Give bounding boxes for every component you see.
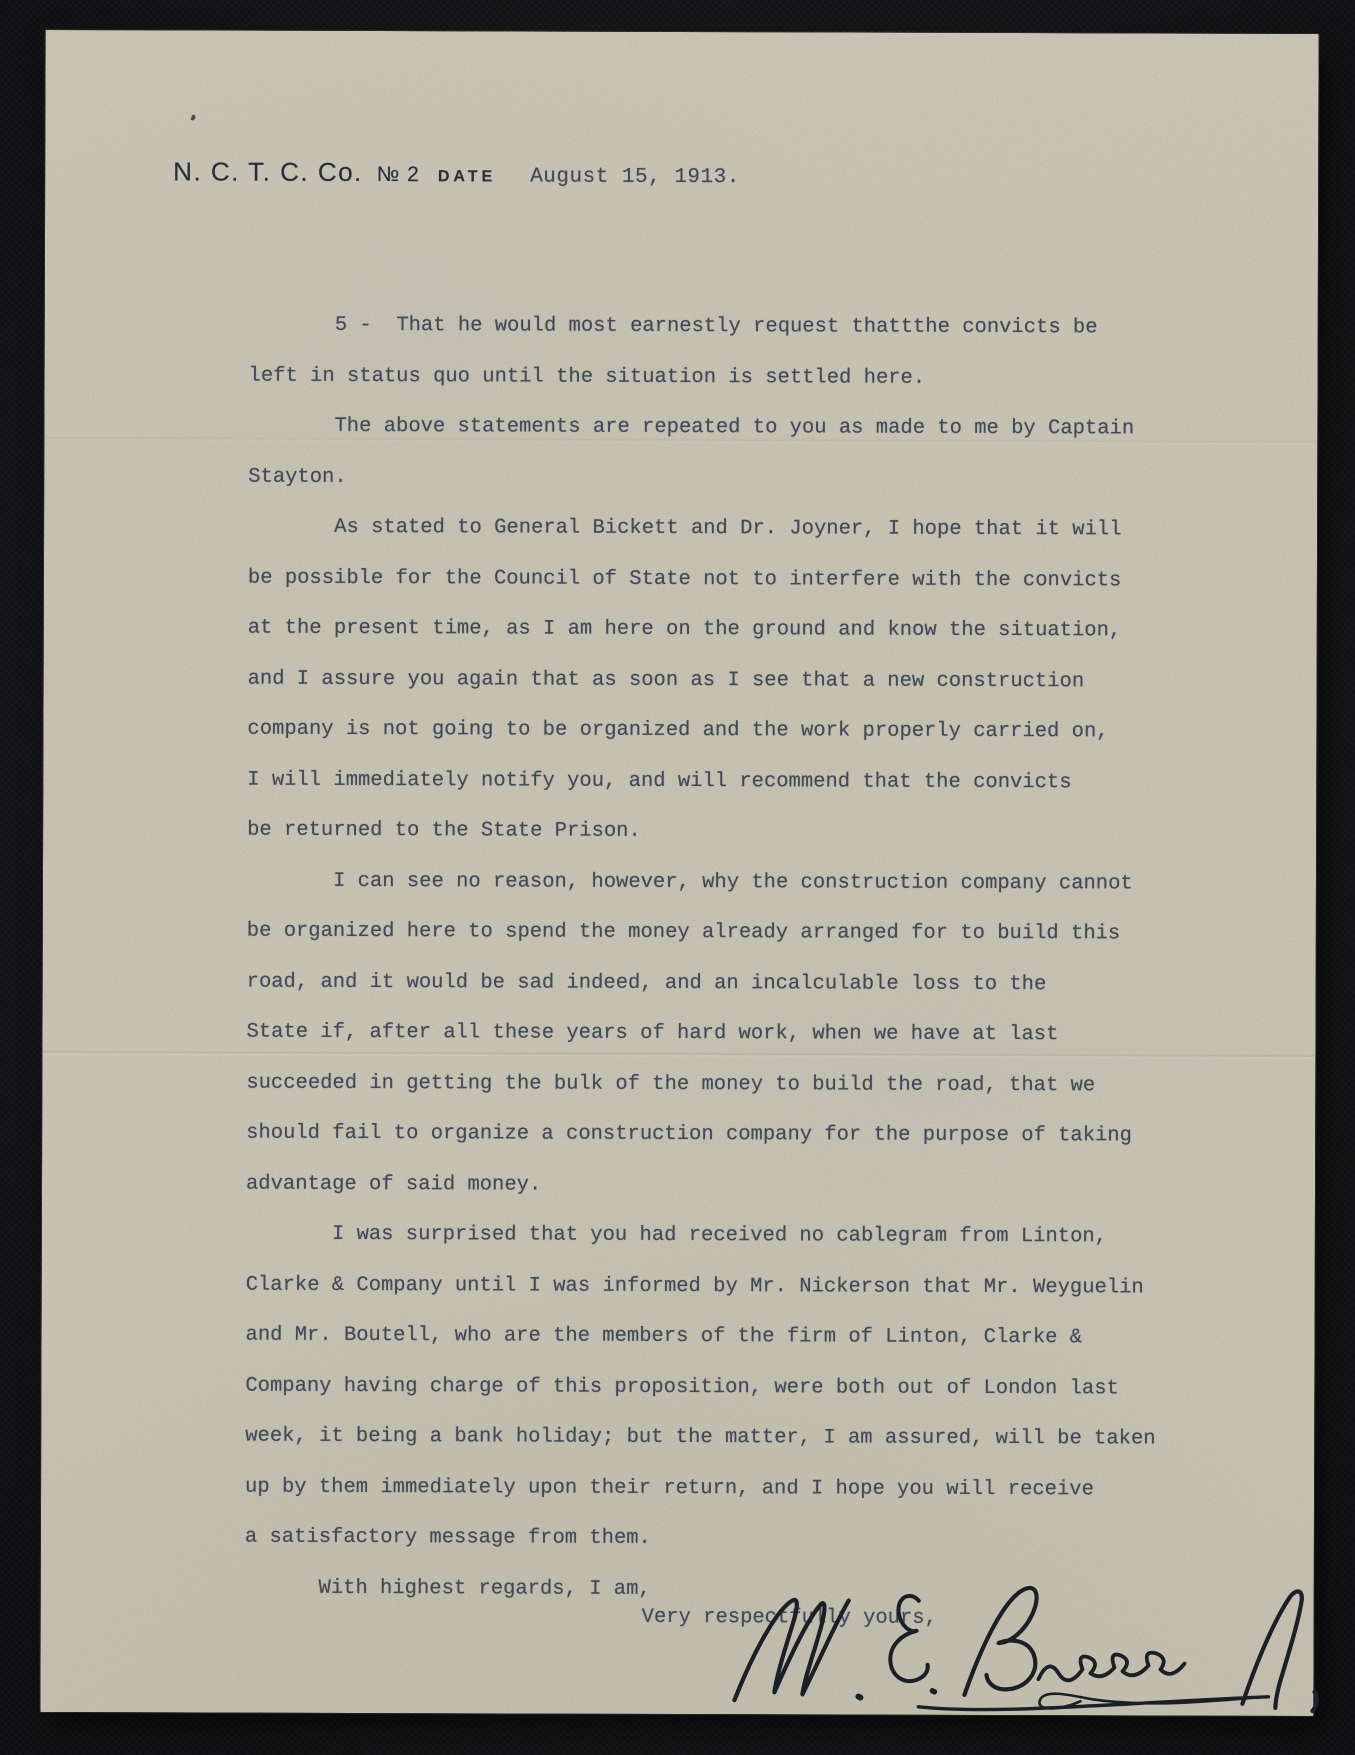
letter-line: should fail to organize a construction c…	[246, 1109, 1255, 1163]
letter-line: succeeded in getting the bulk of the mon…	[246, 1058, 1255, 1112]
company-name: N. C. T. C. Co.	[173, 156, 363, 188]
letter-line: and Mr. Boutell, who are the members of …	[245, 1311, 1254, 1365]
letterhead: N. C. T. C. Co. № 2 DATE August 15, 1913…	[173, 156, 740, 189]
letter-line: a satisfactory message from them.	[245, 1513, 1254, 1567]
page-number: № 2	[377, 163, 420, 187]
ink-speck	[191, 114, 197, 121]
letter-line: As stated to General Bickett and Dr. Joy…	[248, 503, 1257, 557]
date-label: DATE	[438, 168, 496, 186]
letter-line: Company having charge of this propositio…	[245, 1361, 1254, 1415]
letter-line: Clarke & Company until I was informed by…	[246, 1260, 1255, 1314]
letter-line: be organized here to spend the money alr…	[247, 907, 1256, 961]
letter-line: be returned to the State Prison.	[247, 806, 1256, 860]
letter-line: I was surprised that you had received no…	[246, 1210, 1255, 1264]
letter-line: I can see no reason, however, why the co…	[247, 856, 1256, 910]
letter-line: left in status quo until the situation i…	[248, 351, 1257, 405]
letter-line: 5 - That he would most earnestly request…	[249, 301, 1258, 355]
letter-line: road, and it would be sad indeed, and an…	[247, 957, 1256, 1011]
letter-line: Stayton.	[248, 452, 1257, 506]
letter-line: up by them immediately upon their return…	[245, 1462, 1254, 1516]
letter-line: week, it being a bank holiday; but the m…	[245, 1412, 1254, 1466]
letter-line: at the present time, as I am here on the…	[248, 604, 1257, 658]
letter-body: 5 - That he would most earnestly request…	[245, 301, 1258, 1617]
letter-line: The above statements are repeated to you…	[248, 402, 1257, 456]
letter-line: company is not going to be organized and…	[247, 705, 1256, 759]
letter-line: be possible for the Council of State not…	[248, 553, 1257, 607]
signature-handwriting	[728, 1578, 1340, 1730]
letter-line: advantage of said money.	[246, 1159, 1255, 1213]
date-value: August 15, 1913.	[530, 166, 740, 190]
letter-line: and I assure you again that as soon as I…	[248, 654, 1257, 708]
letter-line: I will immediately notify you, and will …	[247, 755, 1256, 809]
letter-page: N. C. T. C. Co. № 2 DATE August 15, 1913…	[40, 30, 1318, 1716]
letter-line: State if, after all these years of hard …	[246, 1008, 1255, 1062]
